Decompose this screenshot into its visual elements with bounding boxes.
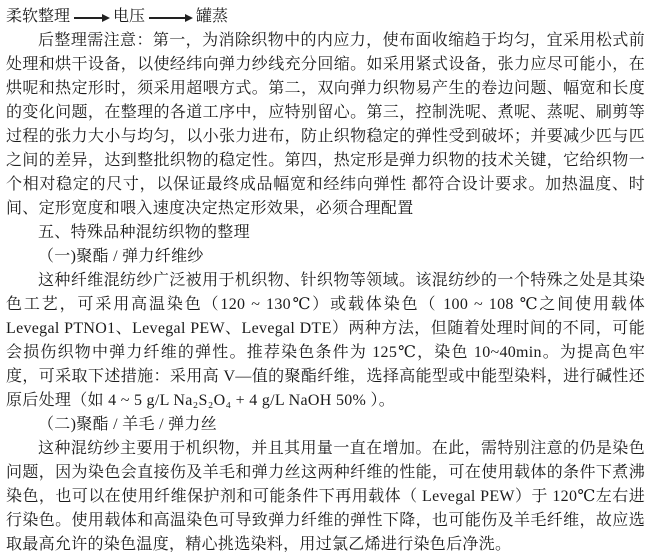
arrow-shaft [74, 17, 102, 19]
subsection-heading-polyester-elastic: （一)聚酯 / 弹力纤维纱 [6, 245, 645, 269]
arrow-shaft [149, 17, 185, 19]
document-page: 柔软整理 电压 罐蒸 后整理需注意：第一，为消除织物中的内应力，使布面收缩趋于均… [0, 0, 651, 552]
paragraph-polyester-wool-elastic: 这种混纺纱主要用于机织物，并且其用量一直在增加。在此，需特别注意的仍是染色问题，… [6, 437, 645, 552]
flow-step-can-steaming: 罐蒸 [196, 5, 228, 29]
section-heading-special-blends: 五、特殊品种混纺织物的整理 [6, 221, 645, 245]
process-flow: 柔软整理 电压 罐蒸 [6, 5, 645, 29]
subsection-heading-polyester-wool-elastic: （二)聚酯 / 羊毛 / 弹力丝 [6, 413, 645, 437]
paragraph-polyester-elastic-yarn: 这种纤维混纺纱广泛被用于机织物、针织物等领域。该混纺纱的一个特殊之处是其染色工艺… [6, 269, 645, 413]
paragraph-aftercare-notes: 后整理需注意：第一，为消除织物中的内应力，使布面收缩趋于均匀，宜采用松式前处理和… [6, 29, 645, 221]
arrow-right-icon [74, 14, 110, 22]
arrow-right-icon [149, 14, 193, 22]
flow-step-pressing: 电压 [113, 5, 145, 29]
arrow-head [185, 14, 193, 22]
arrow-head [102, 14, 110, 22]
flow-step-soft-finishing: 柔软整理 [6, 5, 70, 29]
